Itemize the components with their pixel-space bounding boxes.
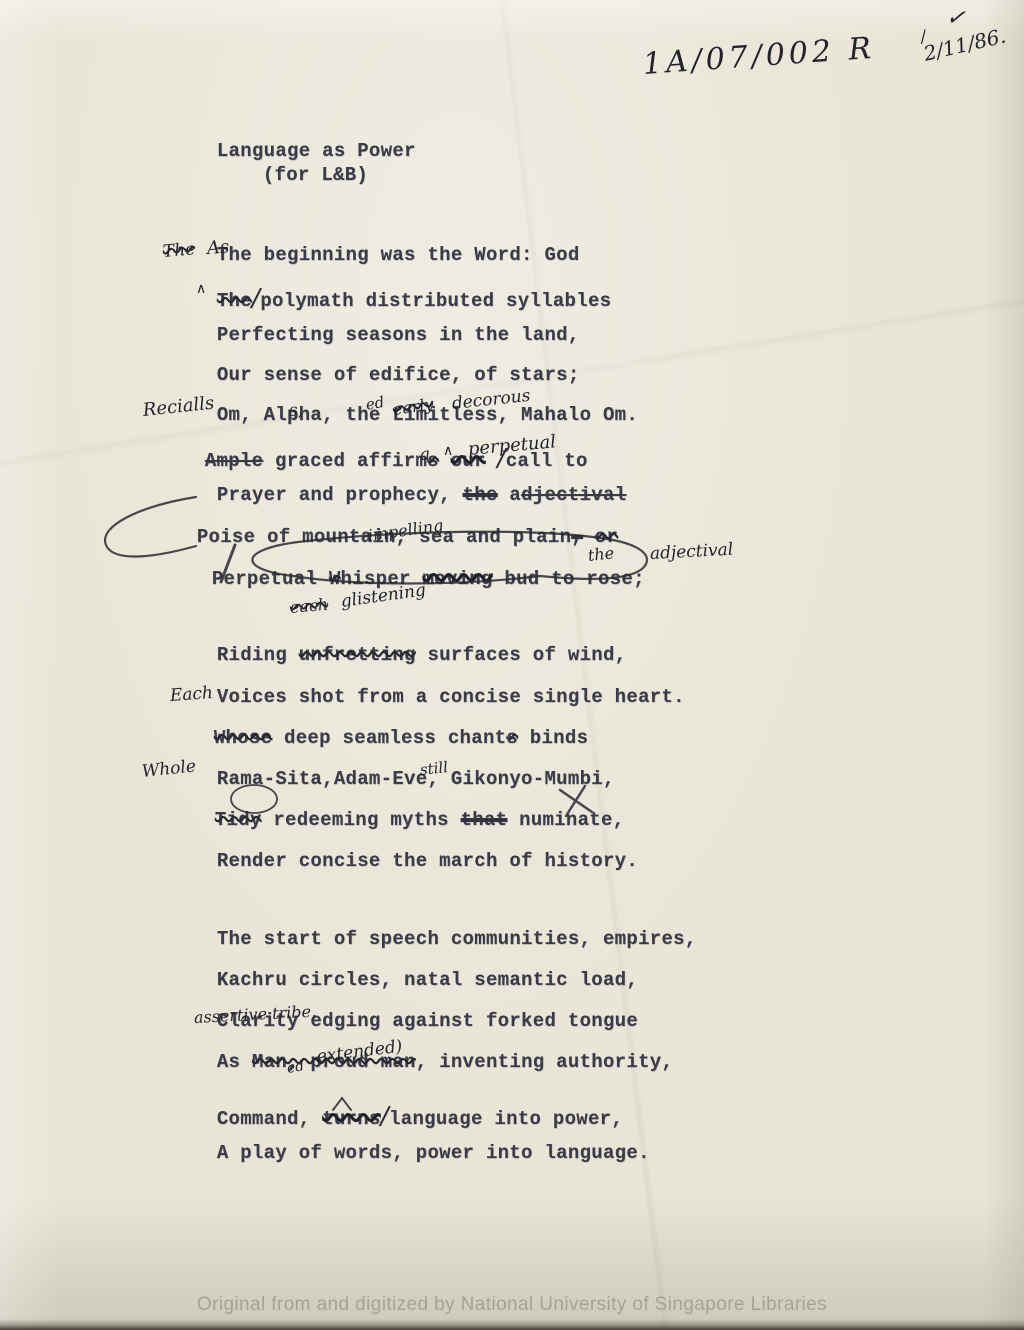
typed-text: A play of words, power into language.	[217, 1142, 650, 1164]
archival-reference: 1A/07/002 R	[642, 34, 876, 80]
insertion-annotation: As	[206, 238, 229, 258]
caret-mark: ∧	[443, 444, 453, 458]
caret-mark: ∧	[196, 282, 206, 296]
scan-bottom-edge	[0, 1319, 1024, 1330]
poem-dedication: (for L&B)	[216, 142, 368, 208]
insertion-annotation: ed	[286, 1059, 305, 1076]
typed-text: bud to rose;	[493, 568, 645, 590]
insertion-annotation: the	[587, 545, 615, 564]
scratched-annotation: The	[162, 241, 196, 261]
typed-text: surfaces of wind,	[416, 644, 627, 666]
struck-comma: ,	[571, 526, 583, 548]
insertion-annotation: s,	[288, 402, 303, 420]
typed-text: , inventing authority,	[416, 1051, 673, 1073]
typed-text: As	[217, 1051, 252, 1073]
typed-text	[317, 568, 329, 590]
scribbled-word: moving	[422, 568, 492, 590]
insertion-annotation: ed	[365, 395, 386, 413]
insertion-annotation: adjectival	[650, 542, 734, 563]
typed-text: Riding	[217, 644, 299, 666]
poem-line: Render concise the march of history.	[170, 828, 638, 894]
struck-word: djectival	[521, 484, 626, 506]
struck-word: the	[463, 484, 498, 506]
scratched-annotation: each	[289, 597, 329, 616]
struck-word: unfretting	[299, 644, 416, 666]
typed-text: Prayer and prophecy,	[217, 484, 463, 506]
checkmark-icon: ✓	[945, 6, 967, 31]
typed-text: tual	[270, 568, 317, 590]
insertion-annotation: a	[419, 446, 430, 464]
scanned-manuscript-page: 1A/07/002 R | ✓ 2/11/86. Language as Pow…	[0, 0, 1024, 1330]
handwritten-date: 2/11/86.	[922, 25, 1008, 63]
typed-text: Render concise the march of history.	[217, 850, 638, 872]
insertion-annotation: Each	[169, 685, 213, 705]
typed-text: a	[498, 484, 521, 506]
title-line2: (for L&B)	[263, 164, 368, 186]
struck-letter: W	[329, 568, 341, 590]
poem-line: A play of words, power into language.	[170, 1120, 650, 1186]
digitization-credit: Original from and digitized by National …	[0, 1294, 1024, 1316]
typed-text: Perpe	[212, 568, 271, 590]
insertion-annotation: still	[419, 760, 449, 778]
